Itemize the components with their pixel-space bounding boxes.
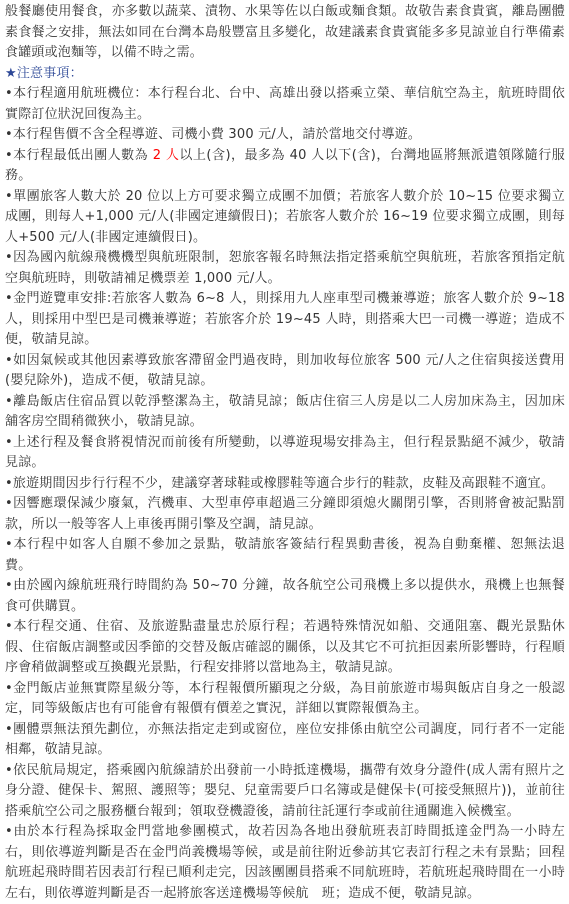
note-item-hotel-quality: •離島飯店住宿品質以乾淨整潔為主，敬請見諒；飯店住宿三人房是以二人房加床為主，因… — [5, 392, 565, 433]
note-item-tour-bus: •金門遊覽車安排:若旅客人數為 6~8 人，則採用九人座車型司機兼導遊；旅客人數… — [5, 289, 565, 351]
note-item-hotel-rating: •金門飯店並無實際星級分等，本行程報價所顯現之分級，為目前旅遊市場與飯店自身之一… — [5, 679, 565, 720]
note-item-itinerary-change: •上述行程及餐食將視情況而前後有所變動，以導遊現場安排為主，但行程景點絕不減少，… — [5, 433, 565, 474]
note-item-no-refund: •本行程中如客人自願不參加之景點，敬請旅客簽結行程異動書後，視為自動棄權、恕無法… — [5, 535, 565, 576]
note-item-local-group-mode: •由於本行程為採取金門當地參團模式，故若因為各地出發航班表訂時間抵達金門為一小時… — [5, 822, 565, 904]
note-item-aircraft-limit: •因為國內航線飛機機型與航班限制，恕旅客報名時無法指定搭乘航空與航班，若旅客預指… — [5, 248, 565, 289]
note-item-engine-idle: •因響應環保減少廢氣，汽機車、大型車停車超過三分鐘即須熄火關閉引擎，否則將會被記… — [5, 494, 565, 535]
note-item-private-group: •單團旅客人數大於 20 位以上方可要求獨立成團不加價；若旅客人數介於 10~1… — [5, 187, 565, 249]
min-group-size-highlight: 2 人 — [153, 148, 180, 163]
note-item-checkin-rules: •依民航局規定，搭乘國內航線請於出發前一小時抵達機場，攜帶有效身分證件(成人需有… — [5, 761, 565, 823]
note-item-group-size: •本行程最低出團人數為 2 人以上(含)，最多為 40 人以下(含)，台灣地區將… — [5, 146, 565, 187]
note-item-force-majeure: •本行程交通、住宿、及旅遊點盡量忠於原行程；若遇特殊情況如船、交通阻塞、觀光景點… — [5, 617, 565, 679]
travel-notes-document: 般餐廳使用餐食，亦多數以蔬菜、漬物、水果等佐以白飯或麵食類。故敬告素食貴賓，離島… — [0, 0, 569, 904]
note-text-pre: •本行程最低出團人數為 — [5, 148, 153, 163]
note-item-flight-duration: •由於國內線航班飛行時間約為 50~70 分鐘，故各航空公司飛機上多以提供水，飛… — [5, 576, 565, 617]
note-item-seat-assignment: •團體票無法預先劃位，亦無法指定走到或窗位，座位安排係由航空公司調度，同行者不一… — [5, 720, 565, 761]
note-item-weather-stay: •如因氣候或其他因素導致旅客滯留金門過夜時，則加收每位旅客 500 元/人之住宿… — [5, 351, 565, 392]
note-item-walking-shoes: •旅遊期間因步行行程不少，建議穿著球鞋或橡膠鞋等適合步行的鞋款，皮鞋及高跟鞋不適… — [5, 474, 565, 495]
intro-paragraph: 般餐廳使用餐食，亦多數以蔬菜、漬物、水果等佐以白飯或麵食類。故敬告素食貴賓，離島… — [5, 2, 565, 64]
notes-title: ★注意事項： — [5, 64, 565, 85]
note-item-flights: •本行程適用航班機位：本行程台北、台中、高雄出發以搭乘立榮、華信航空為主，航班時… — [5, 84, 565, 125]
note-item-tips: •本行程售價不含全程導遊、司機小費 300 元/人，請於當地交付導遊。 — [5, 125, 565, 146]
